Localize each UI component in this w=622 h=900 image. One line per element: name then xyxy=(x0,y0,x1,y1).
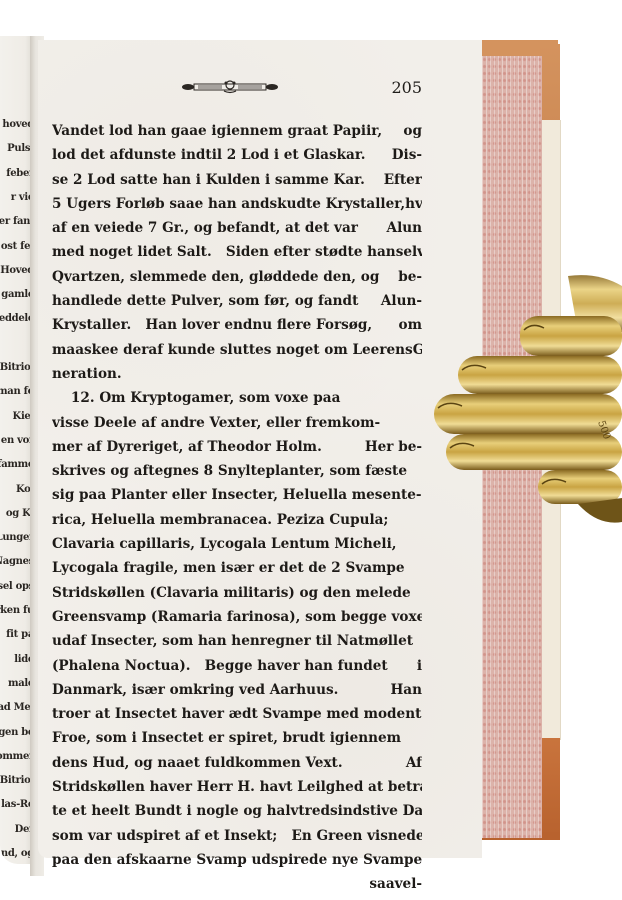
line-end-word: hvor- xyxy=(405,192,422,216)
text-line: dens Hud, og naaet fuldkommen Vext.Af xyxy=(52,751,422,775)
text-line: se 2 Lod satte han i Kulden i samme Kar.… xyxy=(52,168,422,192)
line-text: udaf Insecter, som han henregner til Nat… xyxy=(52,629,413,653)
line-text: rica, Heluella membranacea. Peziza Cupul… xyxy=(52,508,388,532)
headpiece-ornament-icon xyxy=(182,80,278,94)
text-line: Krystaller. Han lover endnu flere Forsøg… xyxy=(52,313,422,337)
text-line: paa den afskaarne Svamp udspirede nye Sv… xyxy=(52,848,422,872)
line-text: skrives og aftegnes 8 Snylteplanter, som… xyxy=(52,459,407,483)
text-line: rica, Heluella membranacea. Peziza Cupul… xyxy=(52,508,422,532)
facing-page-fragment: sel ops xyxy=(0,582,34,592)
line-text: 5 Ugers Forløb saae han andskudte Krysta… xyxy=(52,192,405,216)
facing-page-fragment: Nagnes xyxy=(0,557,34,567)
line-text: Clavaria capillaris, Lycogala Lentum Mic… xyxy=(52,532,396,556)
text-line: skrives og aftegnes 8 Snylteplanter, som… xyxy=(52,459,422,483)
page-number: 205 xyxy=(391,78,422,97)
line-end-word: og xyxy=(403,119,422,143)
book-page: 205 Vandet lod han gaae igiennem graat P… xyxy=(38,40,482,858)
brass-hand-clip: 500 xyxy=(428,272,622,526)
catchword-text: saavel- xyxy=(369,872,422,896)
text-line: Froe, som i Insectet er spiret, brudt ig… xyxy=(52,726,422,750)
text-line: te et heelt Bundt i nogle og halvtredsin… xyxy=(52,799,422,823)
line-text: Greensvamp (Ramaria farinosa), som begge… xyxy=(52,605,422,629)
body-text: Vandet lod han gaae igiennem graat Papii… xyxy=(52,119,422,897)
line-text: med noget lidet Salt. Siden efter stødte… xyxy=(52,240,396,264)
line-end-word: i xyxy=(417,654,422,678)
line-end-word: Efter xyxy=(384,168,422,192)
facing-page-fragment: rken fu xyxy=(0,606,34,616)
line-text: Vandet lod han gaae igiennem graat Papii… xyxy=(52,119,382,143)
facing-page-fragment: and, og xyxy=(0,849,34,859)
text-line: neration. xyxy=(52,362,422,386)
line-text: visse Deele af andre Vexter, eller fremk… xyxy=(52,411,380,435)
text-line: af en veiede 7 Gr., og befandt, at det v… xyxy=(52,216,422,240)
catchword: saavel- xyxy=(52,872,422,896)
line-text: sig paa Planter eller Insecter, Heluella… xyxy=(52,483,422,507)
facing-page-fragment: man fo xyxy=(0,387,34,397)
line-text: Qvartzen, slemmede den, gløddede den, og xyxy=(52,265,379,289)
text-line: lod det afdunste indtil 2 Lod i et Glask… xyxy=(52,143,422,167)
line-end-word: Her be- xyxy=(365,435,422,459)
line-text: af en veiede 7 Gr., og befandt, at det v… xyxy=(52,216,358,240)
text-line: Danmark, især omkring ved Aarhuus.Han xyxy=(52,678,422,702)
line-end-word: selv xyxy=(396,240,422,264)
line-text: mer af Dyreriget, af Theodor Holm. xyxy=(52,435,322,459)
facing-page-fragment: Bitriol xyxy=(0,776,34,786)
line-text: (Phalena Noctua). Begge haver han fundet xyxy=(52,654,388,678)
facing-page-fragment: er fan- xyxy=(0,217,34,227)
text-line: maaskee deraf kunde sluttes noget om Lee… xyxy=(52,338,422,362)
text-line: Lycogala fragile, men især er det de 2 S… xyxy=(52,556,422,580)
text-line: Clavaria capillaris, Lycogala Lentum Mic… xyxy=(52,532,422,556)
facing-page-fragment: Bitriol xyxy=(0,363,34,373)
text-line: visse Deele af andre Vexter, eller fremk… xyxy=(52,411,422,435)
facing-page-fragment: eddele xyxy=(0,314,34,324)
text-line: Vandet lod han gaae igiennem graat Papii… xyxy=(52,119,422,143)
facing-page-fragment: famme xyxy=(0,460,34,470)
facing-page-fragment: s gamle xyxy=(0,290,34,300)
line-text: Danmark, især omkring ved Aarhuus. xyxy=(52,678,338,702)
text-line: som var udspiret af et Insekt; En Green … xyxy=(52,824,422,848)
line-end-word: Alun xyxy=(387,216,422,240)
line-end-word: Ge- xyxy=(413,338,422,362)
text-line: Greensvamp (Ramaria farinosa), som begge… xyxy=(52,605,422,629)
line-end-word: Af xyxy=(406,751,422,775)
text-line: Qvartzen, slemmede den, gløddede den, og… xyxy=(52,265,422,289)
text-line: sig paa Planter eller Insecter, Heluella… xyxy=(52,483,422,507)
facing-page-fragment: kommer xyxy=(0,752,34,762)
line-text: te et heelt Bundt i nogle og halvtredsin… xyxy=(52,799,422,823)
text-line: 12. Om Kryptogamer, som voxe paa xyxy=(52,386,422,410)
text-line: udaf Insecter, som han henregner til Nat… xyxy=(52,629,422,653)
text-line: 5 Ugers Forløb saae han andskudte Krysta… xyxy=(52,192,422,216)
line-text: lod det afdunste indtil 2 Lod i et Glask… xyxy=(52,143,366,167)
running-head: 205 xyxy=(38,78,482,100)
facing-page-fragment: ad Mel xyxy=(0,703,34,713)
facing-page-fragment: ligen be xyxy=(0,728,34,738)
line-text: Stridskøllen (Clavaria militaris) og den… xyxy=(52,581,411,605)
facing-page-fragment: Hoved xyxy=(0,266,34,276)
text-line: Stridskøllen haver Herr H. havt Leilghed… xyxy=(52,775,422,799)
line-text: som var udspiret af et Insekt; En Green … xyxy=(52,824,422,848)
line-text: handlede dette Pulver, som før, og fandt xyxy=(52,289,358,313)
facing-page-fragment: Lunger xyxy=(0,533,34,543)
line-end-word: be- xyxy=(398,265,422,289)
text-line: med noget lidet Salt. Siden efter stødte… xyxy=(52,240,422,264)
line-text: paa den afskaarne Svamp udspirede nye Sv… xyxy=(52,848,422,872)
line-end-word: Alun- xyxy=(381,289,422,313)
line-end-word: Han xyxy=(390,678,422,702)
line-end-word: Dis- xyxy=(392,143,422,167)
text-line: handlede dette Pulver, som før, og fandt… xyxy=(52,289,422,313)
text-line: (Phalena Noctua). Begge haver han fundet… xyxy=(52,654,422,678)
text-line: troer at Insectet haver ædt Svampe med m… xyxy=(52,702,422,726)
line-text: se 2 Lod satte han i Kulden i samme Kar. xyxy=(52,168,365,192)
line-text: dens Hud, og naaet fuldkommen Vext. xyxy=(52,751,343,775)
line-text: maaskee deraf kunde sluttes noget om Lee… xyxy=(52,338,413,362)
line-text: Froe, som i Insectet er spiret, brudt ig… xyxy=(52,726,401,750)
line-end-word: om xyxy=(399,313,422,337)
line-text: Stridskøllen haver Herr H. havt Leilghed… xyxy=(52,775,422,799)
line-text: Krystaller. Han lover endnu flere Forsøg… xyxy=(52,313,372,337)
line-text: troer at Insectet haver ædt Svampe med m… xyxy=(52,702,421,726)
text-line: mer af Dyreriget, af Theodor Holm.Her be… xyxy=(52,435,422,459)
line-text: neration. xyxy=(52,362,122,386)
book-board-corner-top xyxy=(540,44,560,124)
line-text: Lycogala fragile, men især er det de 2 S… xyxy=(52,556,405,580)
line-text: 12. Om Kryptogamer, som voxe paa xyxy=(52,386,340,410)
text-line: Stridskøllen (Clavaria militaris) og den… xyxy=(52,581,422,605)
